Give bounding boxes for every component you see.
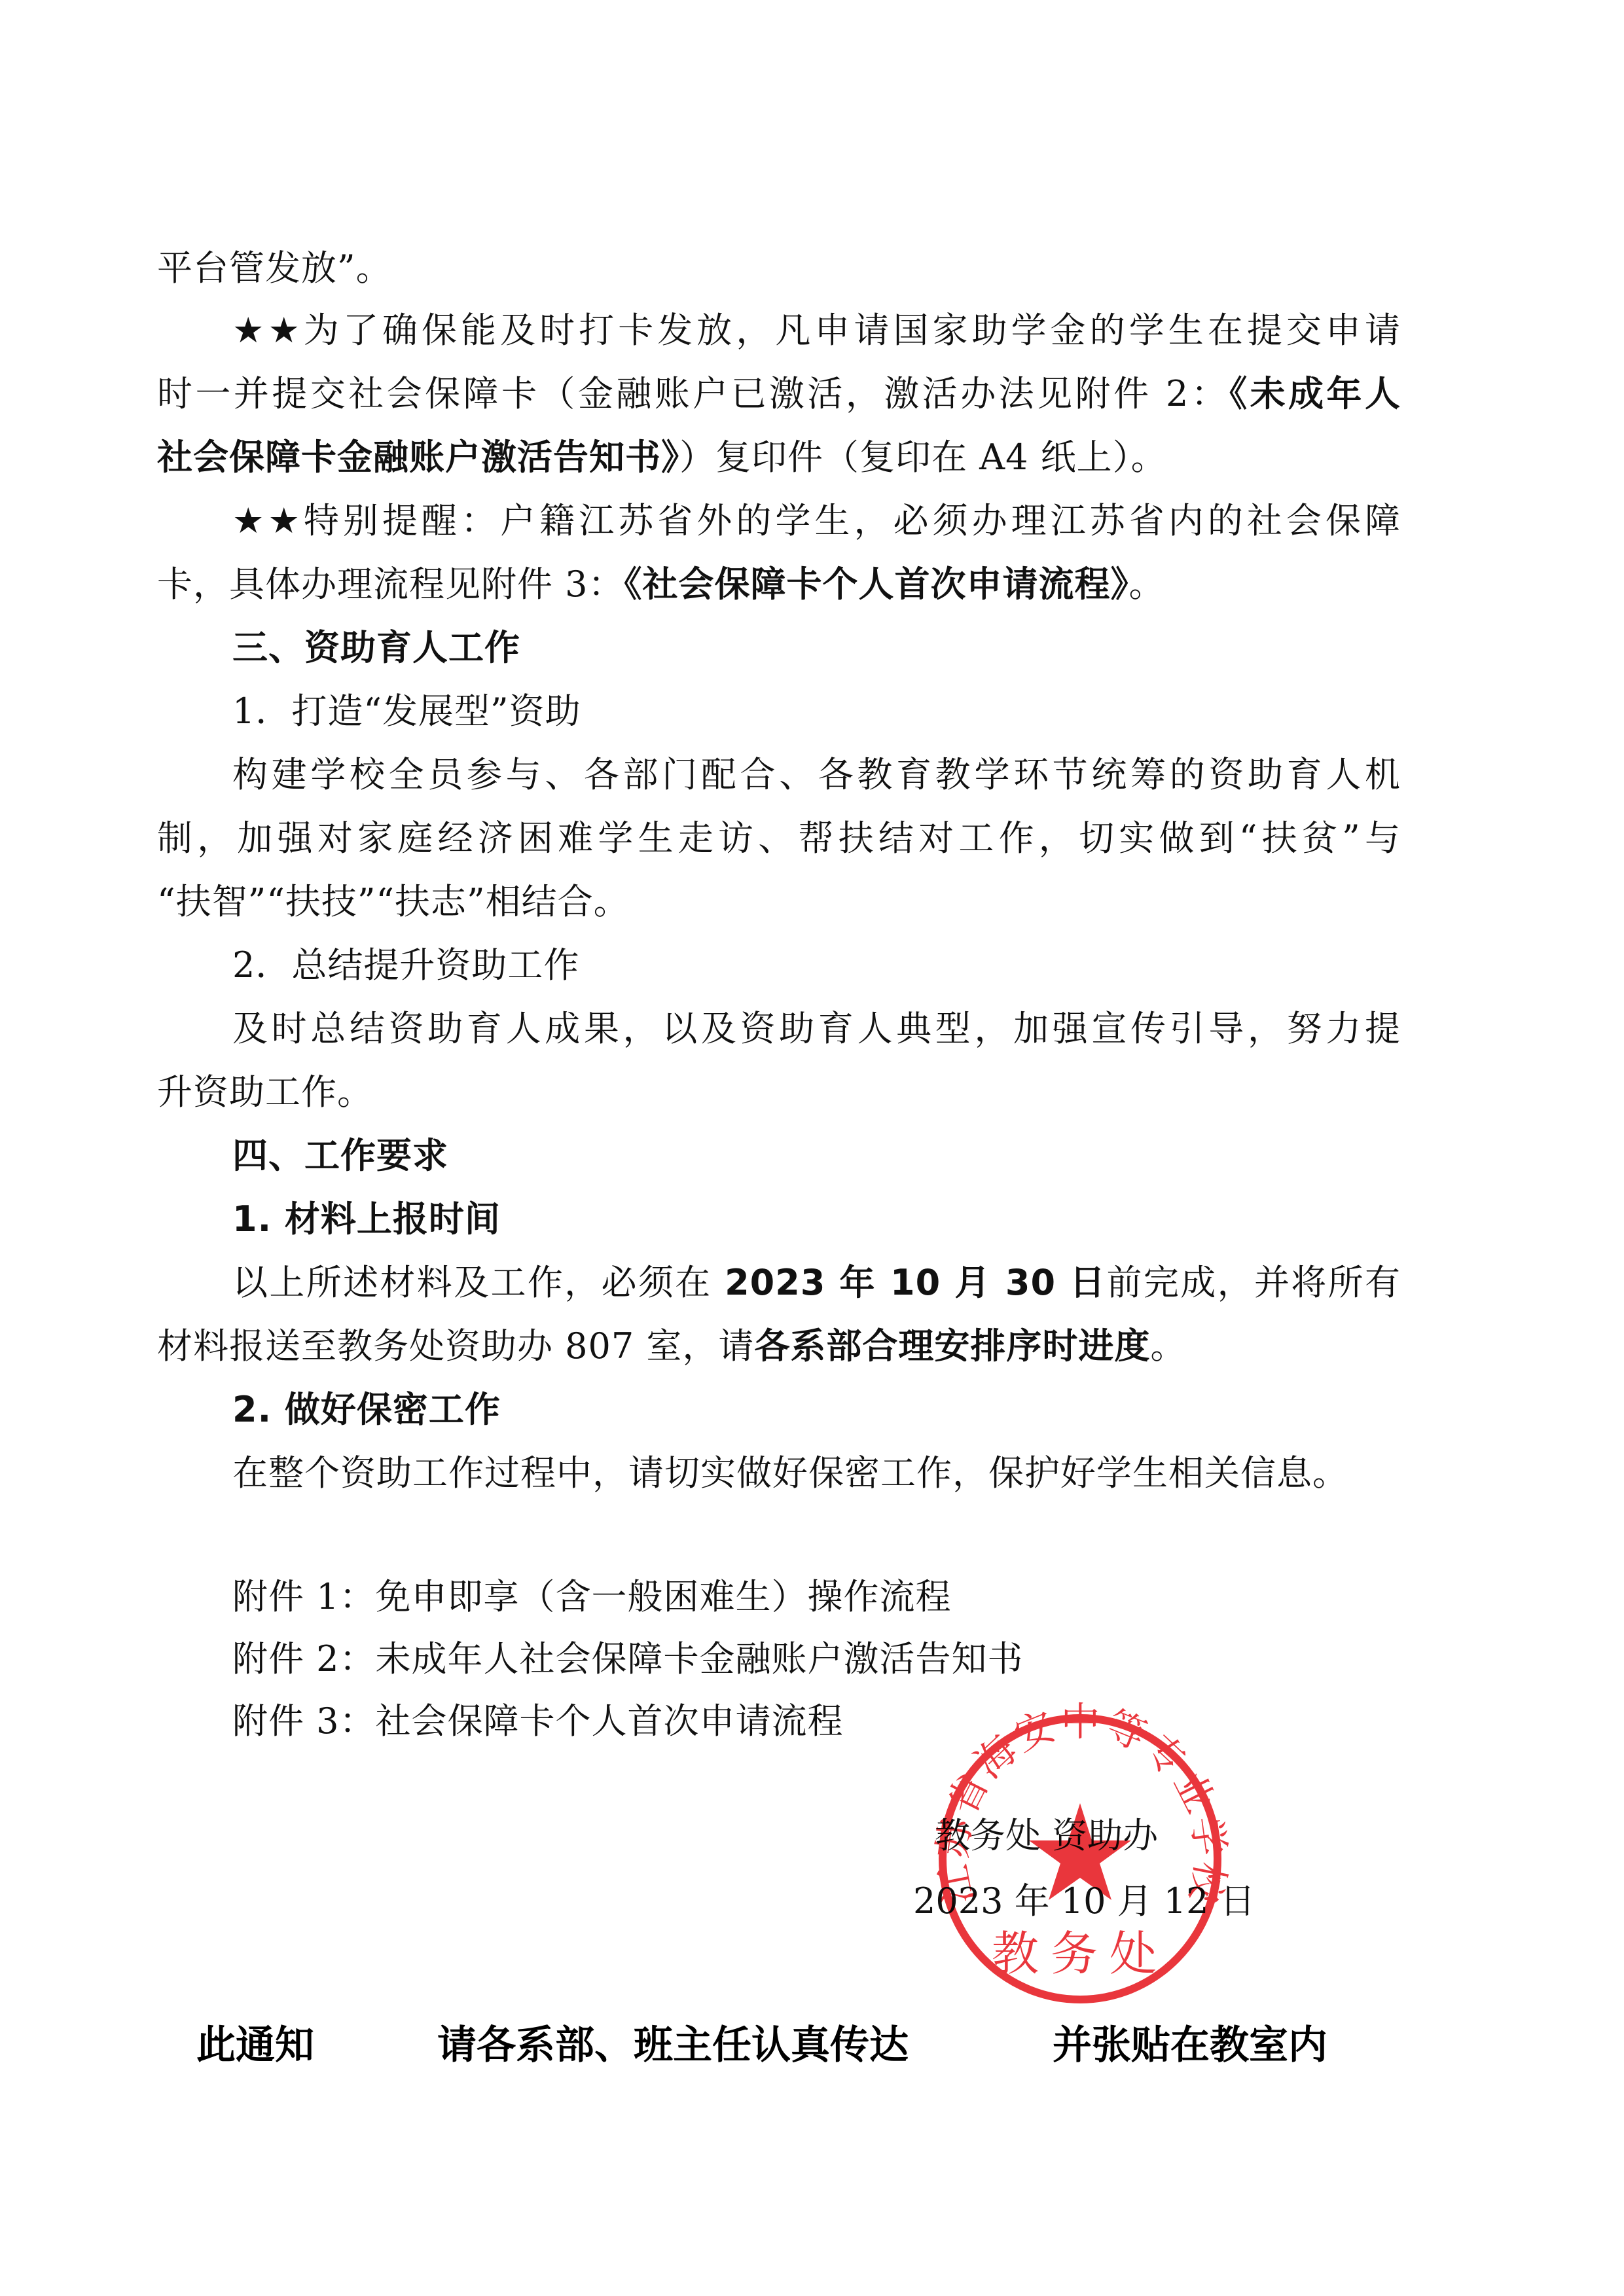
paragraph-line: 在整个资助工作过程中，请切实做好保密工作，保护好学生相关信息。 [232, 1450, 1401, 1496]
attachment-item: 附件 1：免申即享（含一般困难生）操作流程 [232, 1574, 1401, 1620]
subsection-title: 1．打造“发展型”资助 [232, 689, 1401, 734]
text: 卡，具体办理流程见附件 3： [157, 564, 624, 605]
stamp-center-text: 教务处 [992, 1926, 1168, 1981]
subsection-title: 1. 材料上报时间 [232, 1196, 1401, 1242]
banner-part-2: 请各系部、班主任认真传达 [437, 2019, 909, 2072]
text: 时一并提交社会保障卡（金融账户已激活，激活办法见附件 2： [157, 373, 1229, 414]
banner-part-3: 并张贴在教室内 [1053, 2019, 1327, 2072]
paragraph-continuation: 平台管发放”。 [157, 245, 1401, 291]
text: 前完成，并将所有 [1107, 1262, 1401, 1303]
document-page: 平台管发放”。 ★★为了确保能及时打卡发放，凡申请国家助学金的学生在提交申请 时… [0, 0, 1624, 2296]
attachment-item: 附件 2：未成年人社会保障卡金融账户激活告知书 [232, 1636, 1401, 1682]
paragraph-line: 以上所述材料及工作，必须在 2023 年 10 月 30 日前完成，并将所有 [232, 1260, 1401, 1306]
paragraph-line: 材料报送至教务处资助办 807 室，请各系部合理安排序时进度。 [157, 1323, 1401, 1369]
paragraph-line: 制，加强对家庭经济困难学生走访、帮扶结对工作，切实做到“扶贫”与 [157, 816, 1401, 861]
subsection-title: 2. 做好保密工作 [232, 1387, 1401, 1433]
star-icon: ★★ [232, 500, 304, 541]
section-heading: 三、资助育人工作 [232, 625, 1401, 671]
paragraph-line: 社会保障卡金融账户激活告知书》）复印件（复印在 A4 纸上）。 [157, 435, 1401, 480]
paragraph-line: 时一并提交社会保障卡（金融账户已激活，激活办法见附件 2：《未成年人 [157, 371, 1401, 417]
text: 特别提醒：户籍江苏省外的学生，必须办理江苏省内的社会保障 [304, 500, 1401, 541]
paragraph-line: ★★为了确保能及时打卡发放，凡申请国家助学金的学生在提交申请 [232, 308, 1401, 353]
attachment-title-ref: 《社会保障卡个人首次申请流程》 [624, 564, 1129, 605]
stamp-seal-icon: 江苏省海安中等专业学校 教务处 [916, 1695, 1244, 2009]
deadline-date: 2023 年 10 月 30 日 [725, 1262, 1106, 1303]
official-stamp: 江苏省海安中等专业学校 教务处 [916, 1695, 1244, 2009]
star-icon: ★★ [232, 310, 304, 351]
paragraph-line: ★★特别提醒：户籍江苏省外的学生，必须办理江苏省内的社会保障 [232, 498, 1401, 544]
text: 为了确保能及时打卡发放，凡申请国家助学金的学生在提交申请 [304, 310, 1401, 351]
text: 。 [1150, 1325, 1186, 1367]
banner-part-1: 此通知 [196, 2019, 314, 2072]
attachment-title-ref: 《未成年人 [1229, 373, 1401, 414]
paragraph-line: 卡，具体办理流程见附件 3：《社会保障卡个人首次申请流程》。 [157, 562, 1401, 607]
paragraph-line: “扶智”“扶技”“扶志”相结合。 [157, 879, 1401, 925]
paragraph-line: 及时总结资助育人成果，以及资助育人典型，加强宣传引导，努力提 [232, 1006, 1401, 1052]
text: 。 [1129, 564, 1165, 605]
paragraph-line: 升资助工作。 [157, 1069, 1401, 1115]
subsection-title: 2．总结提升资助工作 [232, 942, 1401, 988]
text: 材料报送至教务处资助办 807 室，请 [157, 1325, 754, 1367]
attachment-title-ref: 社会保障卡金融账户激活告知书》 [157, 437, 679, 478]
emphasis-text: 各系部合理安排序时进度 [754, 1325, 1150, 1367]
paragraph-line: 构建学校全员参与、各部门配合、各教育教学环节统筹的资助育人机 [232, 752, 1401, 798]
text: ）复印件（复印在 A4 纸上）。 [679, 437, 1167, 478]
section-heading: 四、工作要求 [232, 1133, 1401, 1179]
text: 以上所述材料及工作，必须在 [232, 1262, 725, 1303]
